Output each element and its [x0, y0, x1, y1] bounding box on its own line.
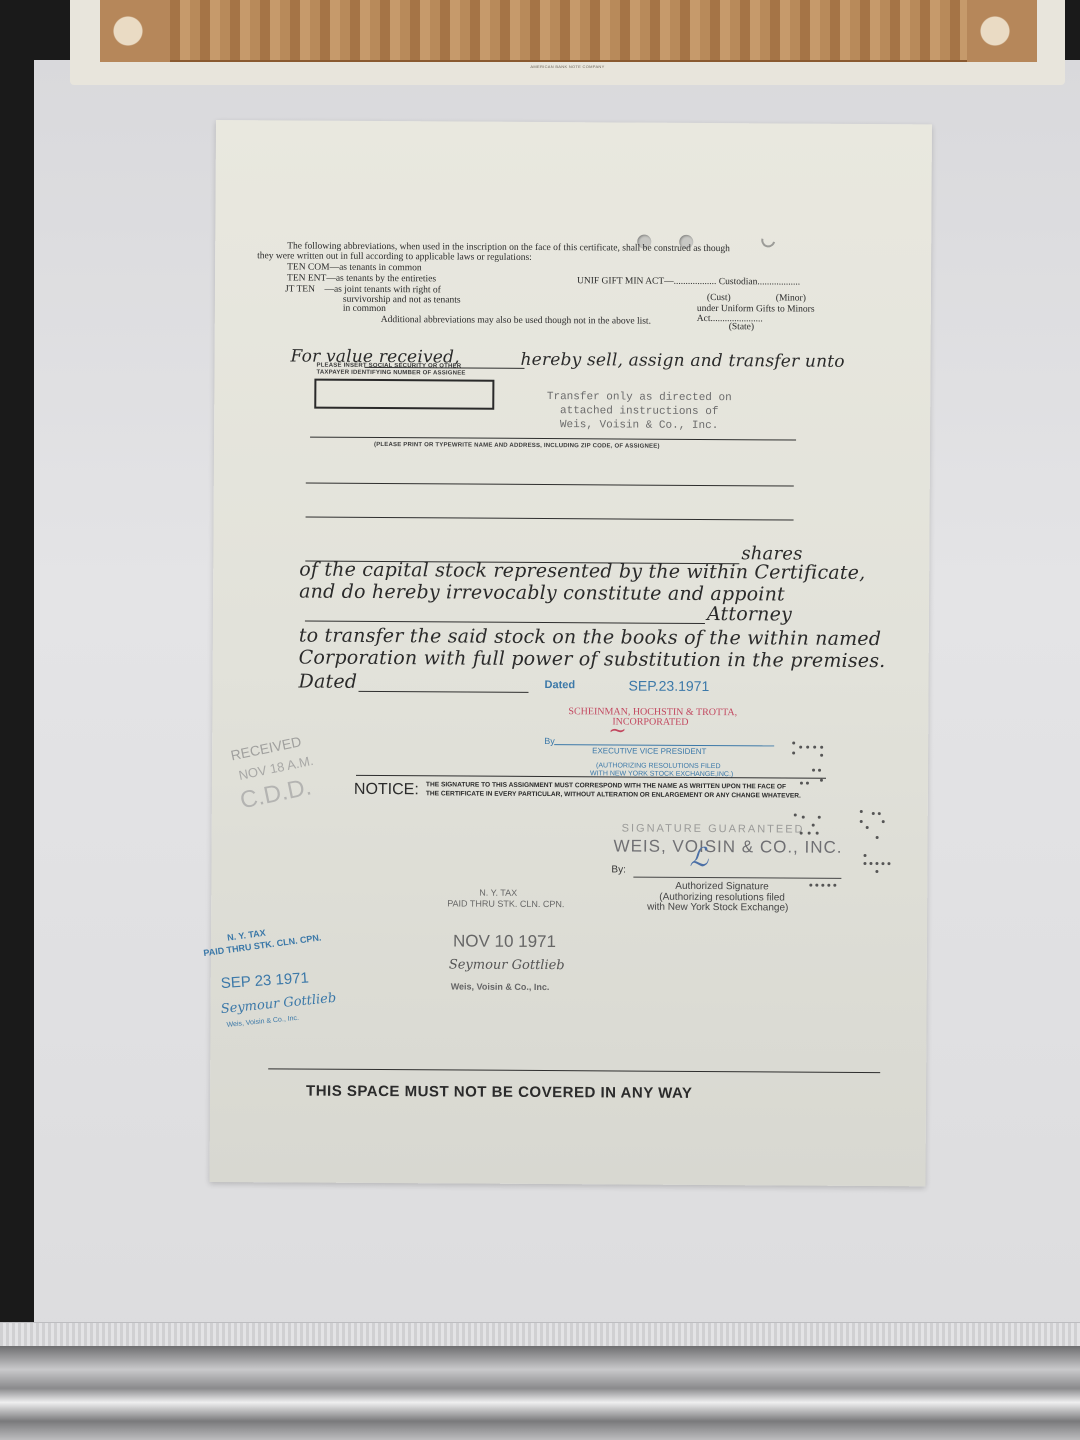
constitute-text: and do hereby irrevocably constitute and… — [299, 581, 785, 606]
footer-rule — [268, 1068, 880, 1073]
abbr-additional: Additional abbreviations may also be use… — [381, 315, 651, 328]
notice-label: NOTICE: — [354, 781, 419, 799]
dated-label: Dated — [299, 671, 358, 693]
abbr-cust-minor: (Cust) (Minor) — [707, 293, 806, 305]
auth-resolutions-1: (AUTHORIZING RESOLUTIONS FILED — [596, 762, 721, 770]
attorney-line[interactable] — [305, 621, 705, 624]
dated-stamp-value: SEP.23.1971 — [629, 678, 710, 694]
title-stamp: EXECUTIVE VICE PRESIDENT — [592, 746, 706, 756]
footer-warning: THIS SPACE MUST NOT BE COVERED IN ANY WA… — [306, 1083, 692, 1102]
typed-instructions-1: Transfer only as directed on — [534, 390, 744, 405]
blue-tax-stamp-date: SEP 23 1971 — [220, 970, 309, 993]
certificate-back-page: The following abbreviations, when used i… — [210, 120, 932, 1186]
grey-tax-stamp-line1: N. Y. TAX — [479, 888, 517, 898]
print-name-label: (PLEASE PRINT OR TYPEWRITE NAME AND ADDR… — [374, 442, 660, 451]
foil-wrap — [0, 1346, 1080, 1440]
grey-tax-stamp-date: NOV 10 1971 — [453, 931, 556, 952]
guarantee-signature-line[interactable] — [633, 877, 841, 879]
abbr-ten-ent: TEN ENT—as tenants by the entireties — [287, 273, 436, 285]
blue-tax-stamp-firm: Weis, Voisin & Co., Inc. — [226, 1015, 299, 1029]
abbr-jt-ten-3: in common — [343, 304, 386, 315]
attorney-label: Attorney — [707, 603, 792, 626]
towel-hem — [0, 1322, 1080, 1348]
address-line-1[interactable] — [306, 483, 794, 487]
grey-tax-stamp-line2: PAID THRU STK. CLN. CPN. — [447, 898, 564, 909]
typed-instructions-2: attached instructions of — [534, 404, 744, 419]
notice-top-rule — [356, 775, 826, 779]
certificate-printer-caption: AMERICAN BANK NOTE COMPANY — [70, 64, 1065, 69]
by-label: By — [544, 736, 555, 746]
corporation-text: Corporation with full power of substitut… — [299, 647, 886, 673]
typed-instructions-3: Weis, Voisin & Co., Inc. — [534, 418, 744, 433]
blue-tax-stamp-signature: Seymour Gottlieb — [220, 991, 337, 1017]
abbr-ten-com: TEN COM—as tenants in common — [287, 262, 422, 274]
grey-tax-stamp-signature: Seymour Gottlieb — [449, 957, 565, 973]
handwritten-signature-red: ~ — [608, 718, 627, 743]
address-line-2[interactable] — [306, 517, 794, 521]
stock-certificate-front: AMERICAN BANK NOTE COMPANY — [70, 0, 1065, 85]
guarantee-auth-2: with New York Stock Exchange) — [647, 902, 788, 914]
dated-line[interactable] — [359, 691, 529, 693]
abbr-state: (State) — [729, 322, 754, 333]
assignee-name-line[interactable] — [310, 437, 796, 441]
hereby-sell-assign: hereby sell, assign and transfer unto — [520, 350, 844, 372]
ssn-label-2: TAXPAYER IDENTIFYING NUMBER OF ASSIGNEE — [316, 370, 465, 378]
handwritten-signature-blue: ℒ — [689, 843, 708, 873]
ssn-input-box[interactable] — [314, 379, 494, 410]
notice-text-2: THE CERTIFICATE IN EVERY PARTICULAR, WIT… — [426, 790, 801, 800]
authorized-signature-label: Authorized Signature — [675, 881, 768, 893]
guarantee-by-label: By: — [611, 864, 626, 875]
weis-voisin-stamp: WEIS, VOISIN & CO., INC. — [614, 836, 843, 857]
abbr-unif-gift: UNIF GIFT MIN ACT—.................. Cus… — [577, 276, 800, 288]
signature-guaranteed-stamp: SIGNATURE GUARANTEED — [622, 822, 805, 835]
dated-stamp-label: Dated — [545, 679, 576, 691]
grey-tax-stamp-firm: Weis, Voisin & Co., Inc. — [451, 981, 550, 992]
certificate-engraved-border — [100, 0, 1037, 62]
